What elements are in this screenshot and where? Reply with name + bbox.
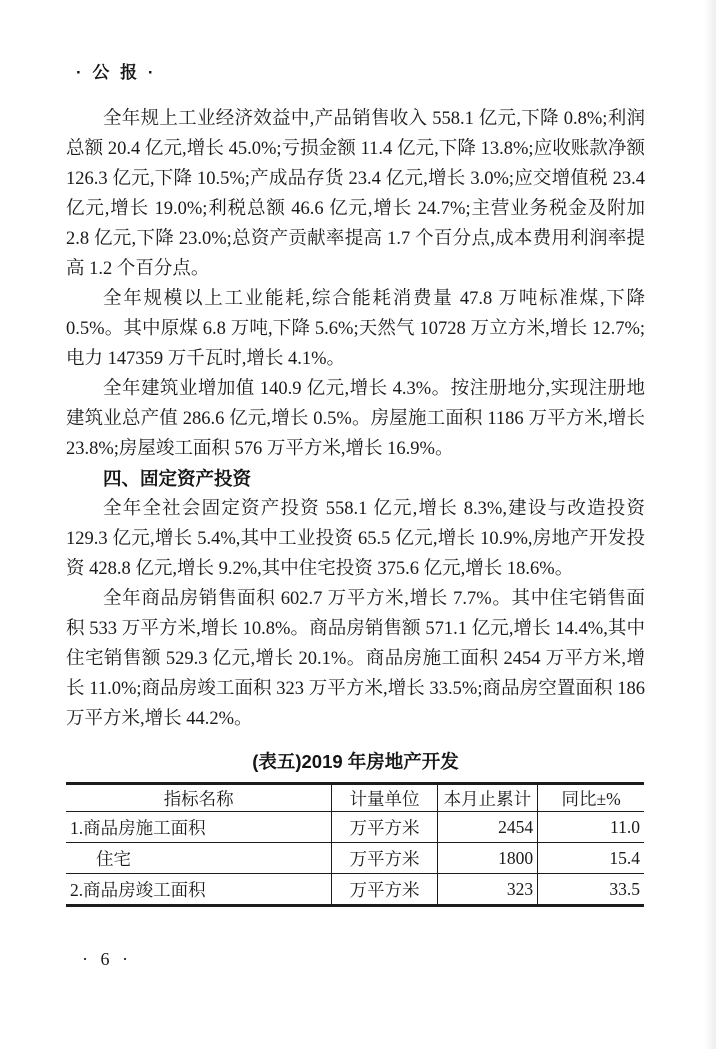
real-estate-table: 指标名称 计量单位 本月止累计 同比±% 1.商品房施工面积 万平方米 2454…	[66, 782, 644, 907]
column-header-unit: 计量单位	[332, 784, 437, 812]
scan-edge-shading	[704, 0, 716, 1049]
masthead: · 公 报 ·	[76, 58, 157, 83]
column-header-cumulative: 本月止累计	[437, 784, 538, 812]
table-row: 1.商品房施工面积 万平方米 2454 11.0	[66, 812, 644, 843]
table-cell-indicator: 住宅	[66, 843, 332, 874]
column-header-yoy: 同比±%	[538, 784, 644, 812]
table-cell-indicator: 2.商品房竣工面积	[66, 874, 332, 906]
section-heading-fixed-asset-investment: 四、固定资产投资	[66, 464, 645, 494]
paragraph-energy-consumption: 全年规模以上工业能耗,综合能耗消费量 47.8 万吨标准煤,下降 0.5%。其中…	[66, 284, 645, 374]
table-row: 住宅 万平方米 1800 15.4	[66, 843, 644, 874]
table-cell-unit: 万平方米	[332, 812, 437, 843]
paragraph-industrial-benefit: 全年规上工业经济效益中,产品销售收入 558.1 亿元,下降 0.8%;利润总额…	[66, 104, 645, 284]
body-content: 全年规上工业经济效益中,产品销售收入 558.1 亿元,下降 0.8%;利润总额…	[66, 104, 645, 907]
document-page: · 公 报 · 全年规上工业经济效益中,产品销售收入 558.1 亿元,下降 0…	[0, 0, 716, 1049]
table-cell-indicator: 1.商品房施工面积	[66, 812, 332, 843]
table-cell-yoy: 11.0	[538, 812, 644, 843]
paragraph-commodity-housing: 全年商品房销售面积 602.7 万平方米,增长 7.7%。其中住宅销售面积 53…	[66, 584, 645, 734]
table-title: (表五)2019 年房地产开发	[66, 751, 645, 773]
table-cell-unit: 万平方米	[332, 874, 437, 906]
paragraph-construction: 全年建筑业增加值 140.9 亿元,增长 4.3%。按注册地分,实现注册地建筑业…	[66, 374, 645, 464]
table-cell-cumulative: 323	[437, 874, 538, 906]
table-cell-cumulative: 2454	[437, 812, 538, 843]
paragraph-fixed-asset-investment: 全年全社会固定资产投资 558.1 亿元,增长 8.3%,建设与改造投资 129…	[66, 494, 645, 584]
table-header-row: 指标名称 计量单位 本月止累计 同比±%	[66, 784, 644, 812]
table-cell-yoy: 33.5	[538, 874, 644, 906]
page-number: · 6 ·	[82, 949, 132, 970]
table-cell-yoy: 15.4	[538, 843, 644, 874]
column-header-indicator: 指标名称	[66, 784, 332, 812]
table-cell-unit: 万平方米	[332, 843, 437, 874]
table-row: 2.商品房竣工面积 万平方米 323 33.5	[66, 874, 644, 906]
table-cell-cumulative: 1800	[437, 843, 538, 874]
